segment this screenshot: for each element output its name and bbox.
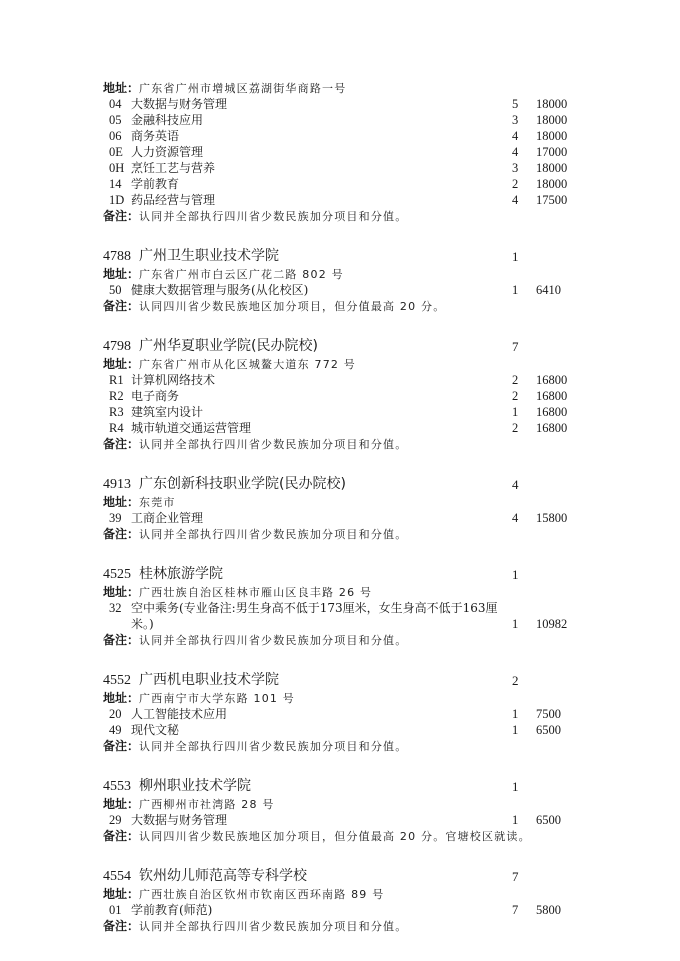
note-value: 认同并全部执行四川省少数民族加分项目和分值。 <box>139 740 407 753</box>
major-name: 金融科技应用 <box>131 113 203 127</box>
school-header: 4913广东创新科技职业学院(民办院校)4 <box>103 475 583 494</box>
note-label: 备注： <box>103 919 139 933</box>
major-count: 5 <box>512 96 518 112</box>
note-value: 认同并全部执行四川省少数民族加分项目和分值。 <box>139 438 407 451</box>
major-code: R2 <box>109 388 131 404</box>
address-value: 东莞市 <box>139 496 176 509</box>
school-total: 2 <box>512 671 519 690</box>
school-header: 4788广州卫生职业技术学院1 <box>103 247 583 266</box>
address-value: 广东省广州市白云区广花二路 802 号 <box>139 268 344 281</box>
major-code: 50 <box>109 282 131 298</box>
school-name: 广州华夏职业学院(民办院校) <box>139 338 318 354</box>
major-row: R1计算机网络技术216800 <box>103 372 583 388</box>
note-row: 备注：认同并全部执行四川省少数民族加分项目和分值。 <box>103 632 583 648</box>
major-code: 05 <box>109 112 131 128</box>
major-fee: 18000 <box>536 160 567 176</box>
address-label: 地址： <box>103 797 139 811</box>
school-code: 4798 <box>103 337 139 356</box>
address-label: 地址： <box>103 81 139 95</box>
major-name: 工商企业管理 <box>131 511 203 525</box>
major-fee: 16800 <box>536 372 567 388</box>
note-value: 认同并全部执行四川省少数民族加分项目和分值。 <box>139 920 407 933</box>
note-row: 备注：认同并全部执行四川省少数民族加分项目和分值。 <box>103 436 583 452</box>
major-code: 1D <box>109 192 131 208</box>
major-name: 药品经营与管理 <box>131 193 215 207</box>
major-fee: 6500 <box>536 722 561 738</box>
note-label: 备注： <box>103 633 139 647</box>
note-value: 认同四川省少数民族地区加分项目，但分值最高 20 分。 <box>139 300 445 313</box>
major-fee: 18000 <box>536 96 567 112</box>
major-row: 05金融科技应用318000 <box>103 112 583 128</box>
major-name: 商务英语 <box>131 129 179 143</box>
school-name: 钦州幼儿师范高等专科学校 <box>139 868 307 884</box>
major-code: 32 <box>109 600 131 616</box>
major-code: R1 <box>109 372 131 388</box>
school-total: 7 <box>512 337 519 356</box>
major-count: 7 <box>512 902 518 918</box>
school-code: 4913 <box>103 475 139 494</box>
major-count: 4 <box>512 510 518 526</box>
address-row: 地址：广西壮族自治区钦州市钦南区西环南路 89 号 <box>103 886 583 902</box>
note-row: 备注：认同并全部执行四川省少数民族加分项目和分值。 <box>103 208 583 224</box>
major-name: 建筑室内设计 <box>131 405 203 419</box>
address-value: 广东省广州市增城区荔湖街华商路一号 <box>139 82 346 95</box>
major-row: 20人工智能技术应用17500 <box>103 706 583 722</box>
address-row: 地址：广东省广州市从化区城鳌大道东 772 号 <box>103 356 583 372</box>
major-fee: 15800 <box>536 510 567 526</box>
school-header: 4525桂林旅游学院1 <box>103 565 583 584</box>
major-count: 2 <box>512 372 518 388</box>
school-code: 4788 <box>103 247 139 266</box>
major-row: 1D药品经营与管理417500 <box>103 192 583 208</box>
note-row: 备注：认同四川省少数民族地区加分项目，但分值最高 20 分。官塘校区就读。 <box>103 828 583 844</box>
major-name: 烹饪工艺与营养 <box>131 161 215 175</box>
major-count: 1 <box>512 706 518 722</box>
major-code: 20 <box>109 706 131 722</box>
major-fee: 6500 <box>536 812 561 828</box>
major-row: 04大数据与财务管理518000 <box>103 96 583 112</box>
address-label: 地址： <box>103 585 139 599</box>
major-row: 50健康大数据管理与服务(从化校区)16410 <box>103 282 583 298</box>
major-fee: 18000 <box>536 176 567 192</box>
major-fee: 17000 <box>536 144 567 160</box>
major-count: 2 <box>512 176 518 192</box>
school-code: 4525 <box>103 565 139 584</box>
major-count: 1 <box>512 812 518 828</box>
major-row: R3建筑室内设计116800 <box>103 404 583 420</box>
major-name: 大数据与财务管理 <box>131 97 227 111</box>
note-value: 认同四川省少数民族地区加分项目，但分值最高 20 分。官塘校区就读。 <box>139 830 531 843</box>
address-value: 广西壮族自治区桂林市雁山区良丰路 26 号 <box>139 586 372 599</box>
school-name: 广州卫生职业技术学院 <box>139 248 279 264</box>
major-row: 29大数据与财务管理16500 <box>103 812 583 828</box>
major-code: R3 <box>109 404 131 420</box>
major-fee: 10982 <box>536 616 567 632</box>
address-value: 广东省广州市从化区城鳌大道东 772 号 <box>139 358 356 371</box>
school-header: 4552广西机电职业技术学院2 <box>103 671 583 690</box>
major-count: 3 <box>512 160 518 176</box>
major-row: 0H烹饪工艺与营养318000 <box>103 160 583 176</box>
major-row: 39工商企业管理415800 <box>103 510 583 526</box>
major-row: 0E人力资源管理417000 <box>103 144 583 160</box>
major-count: 3 <box>512 112 518 128</box>
school-name: 广东创新科技职业学院(民办院校) <box>139 476 346 492</box>
major-fee: 18000 <box>536 112 567 128</box>
major-name: 城市轨道交通运营管理 <box>131 421 251 435</box>
note-value: 认同并全部执行四川省少数民族加分项目和分值。 <box>139 634 407 647</box>
note-row: 备注：认同并全部执行四川省少数民族加分项目和分值。 <box>103 918 583 934</box>
major-code: 39 <box>109 510 131 526</box>
note-label: 备注： <box>103 829 139 843</box>
school-name: 柳州职业技术学院 <box>139 778 251 794</box>
address-row: 地址：东莞市 <box>103 494 583 510</box>
major-row: 14学前教育218000 <box>103 176 583 192</box>
address-value: 广西南宁市大学东路 101 号 <box>139 692 295 705</box>
major-code: 06 <box>109 128 131 144</box>
major-name: 人力资源管理 <box>131 145 203 159</box>
major-code: 0E <box>109 144 131 160</box>
address-label: 地址： <box>103 887 139 901</box>
address-row: 地址：广东省广州市白云区广花二路 802 号 <box>103 266 583 282</box>
major-code: 14 <box>109 176 131 192</box>
major-name: 健康大数据管理与服务(从化校区) <box>131 283 308 297</box>
note-label: 备注： <box>103 437 139 451</box>
address-value: 广西壮族自治区钦州市钦南区西环南路 89 号 <box>139 888 384 901</box>
major-count: 1 <box>512 282 518 298</box>
major-code: 04 <box>109 96 131 112</box>
school-total: 1 <box>512 777 519 796</box>
major-code: 01 <box>109 902 131 918</box>
major-fee: 16800 <box>536 388 567 404</box>
note-row: 备注：认同并全部执行四川省少数民族加分项目和分值。 <box>103 738 583 754</box>
note-row: 备注：认同四川省少数民族地区加分项目，但分值最高 20 分。 <box>103 298 583 314</box>
school-header: 4554钦州幼儿师范高等专科学校7 <box>103 867 583 886</box>
major-fee: 16800 <box>536 404 567 420</box>
major-name: 学前教育(师范) <box>131 903 212 917</box>
note-label: 备注： <box>103 527 139 541</box>
major-count: 4 <box>512 128 518 144</box>
address-row: 地址：广东省广州市增城区荔湖街华商路一号 <box>103 80 583 96</box>
major-fee: 5800 <box>536 902 561 918</box>
major-count: 2 <box>512 420 518 436</box>
major-fee: 16800 <box>536 420 567 436</box>
school-total: 1 <box>512 565 519 584</box>
major-name: 现代文秘 <box>131 723 179 737</box>
school-header: 4553柳州职业技术学院1 <box>103 777 583 796</box>
note-value: 认同并全部执行四川省少数民族加分项目和分值。 <box>139 528 407 541</box>
address-label: 地址： <box>103 267 139 281</box>
major-name: 大数据与财务管理 <box>131 813 227 827</box>
note-label: 备注： <box>103 209 139 223</box>
major-count: 4 <box>512 144 518 160</box>
school-code: 4554 <box>103 867 139 886</box>
major-name: 空中乘务(专业备注:男生身高不低于173厘米，女生身高不低于163厘米。) <box>131 600 501 632</box>
address-label: 地址： <box>103 691 139 705</box>
school-code: 4552 <box>103 671 139 690</box>
note-label: 备注： <box>103 299 139 313</box>
address-row: 地址：广西柳州市社湾路 28 号 <box>103 796 583 812</box>
school-total: 4 <box>512 475 519 494</box>
address-row: 地址：广西南宁市大学东路 101 号 <box>103 690 583 706</box>
major-row: 49现代文秘16500 <box>103 722 583 738</box>
major-row: R4城市轨道交通运营管理216800 <box>103 420 583 436</box>
major-row: 06商务英语418000 <box>103 128 583 144</box>
school-total: 1 <box>512 247 519 266</box>
address-row: 地址：广西壮族自治区桂林市雁山区良丰路 26 号 <box>103 584 583 600</box>
major-fee: 17500 <box>536 192 567 208</box>
school-name: 广西机电职业技术学院 <box>139 672 279 688</box>
major-code: R4 <box>109 420 131 436</box>
major-code: 29 <box>109 812 131 828</box>
major-row: R2电子商务216800 <box>103 388 583 404</box>
address-value: 广西柳州市社湾路 28 号 <box>139 798 275 811</box>
school-name: 桂林旅游学院 <box>139 566 223 582</box>
major-count: 4 <box>512 192 518 208</box>
major-name: 电子商务 <box>131 389 179 403</box>
major-count: 1 <box>512 722 518 738</box>
major-name: 学前教育 <box>131 177 179 191</box>
note-value: 认同并全部执行四川省少数民族加分项目和分值。 <box>139 210 407 223</box>
document-page: 地址：广东省广州市增城区荔湖街华商路一号 04大数据与财务管理518000 05… <box>103 80 583 934</box>
major-count: 1 <box>512 616 518 632</box>
note-row: 备注：认同并全部执行四川省少数民族加分项目和分值。 <box>103 526 583 542</box>
major-count: 1 <box>512 404 518 420</box>
major-name: 人工智能技术应用 <box>131 707 227 721</box>
major-fee: 7500 <box>536 706 561 722</box>
major-code: 0H <box>109 160 131 176</box>
school-code: 4553 <box>103 777 139 796</box>
major-count: 2 <box>512 388 518 404</box>
address-label: 地址： <box>103 495 139 509</box>
major-fee: 18000 <box>536 128 567 144</box>
major-row: 01学前教育(师范)75800 <box>103 902 583 918</box>
major-row: 32空中乘务(专业备注:男生身高不低于173厘米，女生身高不低于163厘米。)1… <box>103 600 583 632</box>
note-label: 备注： <box>103 739 139 753</box>
major-fee: 6410 <box>536 282 561 298</box>
major-code: 49 <box>109 722 131 738</box>
school-total: 7 <box>512 867 519 886</box>
address-label: 地址： <box>103 357 139 371</box>
major-name: 计算机网络技术 <box>131 373 215 387</box>
school-header: 4798广州华夏职业学院(民办院校)7 <box>103 337 583 356</box>
